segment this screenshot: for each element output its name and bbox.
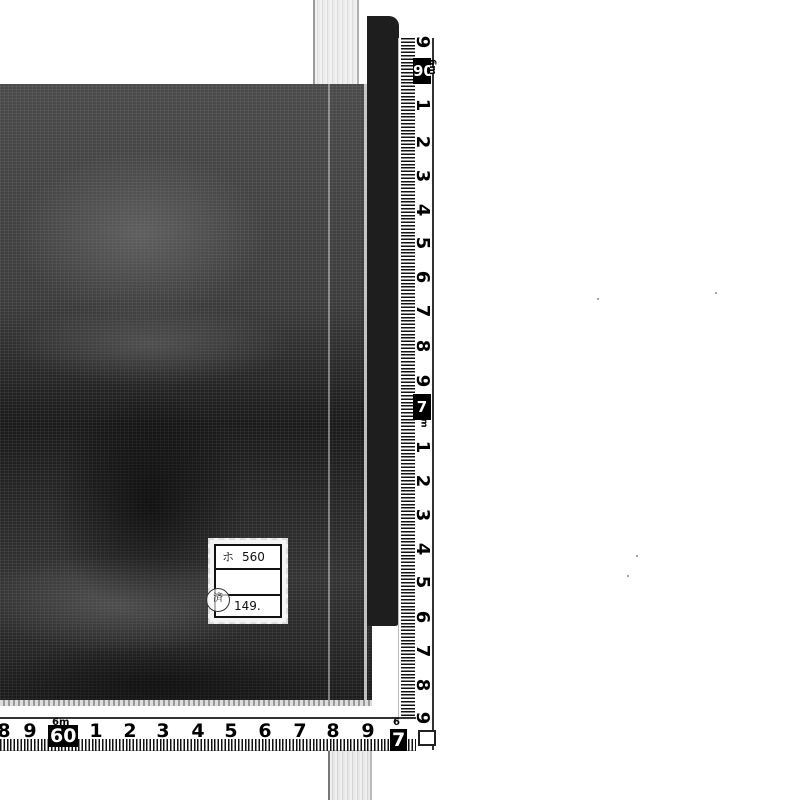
ruler-digit: 7 — [410, 300, 434, 322]
ruler-digit: 4 — [188, 721, 208, 741]
ruler-digit: 1 — [410, 94, 434, 116]
ruler-unit-box: 7 — [413, 394, 431, 420]
scan-speck — [627, 575, 629, 577]
ruler-digit: 3 — [410, 165, 434, 187]
ruler-digit: 9 — [358, 721, 378, 741]
ruler-digit: 5 — [221, 721, 241, 741]
ruler-digit: 6 — [410, 606, 434, 628]
ruler-unit-label: 6m — [427, 59, 437, 75]
spine-crease — [328, 84, 330, 702]
ruler-unit-box: 7 — [390, 729, 407, 751]
scan-speck — [715, 292, 717, 294]
measuring-tape-horizontal: 8 9 6m 60 1 2 3 4 5 6 7 8 9 6 7 — [0, 717, 416, 751]
book-bottom-edge — [0, 700, 372, 706]
ruler-digit: 2 — [120, 721, 140, 741]
ruler-unit-label: 6 — [393, 717, 400, 728]
tape-end-hook — [418, 730, 436, 746]
ruler-digit: 1 — [86, 721, 106, 741]
label-row-classification: ホ560 — [216, 546, 280, 570]
ruler-digit: 8 — [410, 335, 434, 357]
ruler-digit: 5 — [410, 232, 434, 254]
scan-speck — [636, 555, 638, 557]
paper-tab-top — [313, 0, 359, 88]
measuring-tape-vertical: 9 90 6m 1 2 3 4 5 6 7 8 9 7 m 1 2 3 4 5 … — [398, 38, 434, 750]
ruler-unit-box: 60 — [48, 725, 78, 747]
book-spine — [367, 16, 399, 626]
label-item-number: 149. — [234, 599, 261, 613]
ruler-digit: 1 — [410, 436, 434, 458]
ruler-digit: 2 — [410, 131, 434, 153]
ruler-digit: 6 — [255, 721, 275, 741]
cloth-texture — [0, 84, 372, 702]
ruler-digit: 3 — [410, 504, 434, 526]
ruler-digit: 6 — [410, 266, 434, 288]
ruler-digit: 4 — [410, 538, 434, 560]
ruler-digit: 7 — [290, 721, 310, 741]
ruler-unit-label: m — [419, 418, 429, 427]
scan-speck — [597, 298, 599, 300]
ruler-digit: 4 — [410, 199, 434, 221]
book-cover — [0, 84, 372, 702]
paper-tab-bottom — [328, 750, 372, 800]
call-number-label: ホ560 149. 済 — [208, 538, 288, 624]
ruler-digit: 9 — [410, 370, 434, 392]
ruler-digit: 8 — [0, 721, 14, 741]
ruler-digit: 8 — [410, 674, 434, 696]
label-prefix: ホ — [222, 550, 234, 564]
ruler-digit: 5 — [410, 571, 434, 593]
ruler-digit: 3 — [153, 721, 173, 741]
ruler-digit: 9 — [410, 31, 434, 53]
label-classification-number: 560 — [242, 550, 265, 564]
ruler-digit: 8 — [323, 721, 343, 741]
stamp-seal: 済 — [206, 588, 230, 612]
ruler-digit: 9 — [20, 721, 40, 741]
ruler-digit: 7 — [410, 640, 434, 662]
ruler-digit: 2 — [410, 470, 434, 492]
